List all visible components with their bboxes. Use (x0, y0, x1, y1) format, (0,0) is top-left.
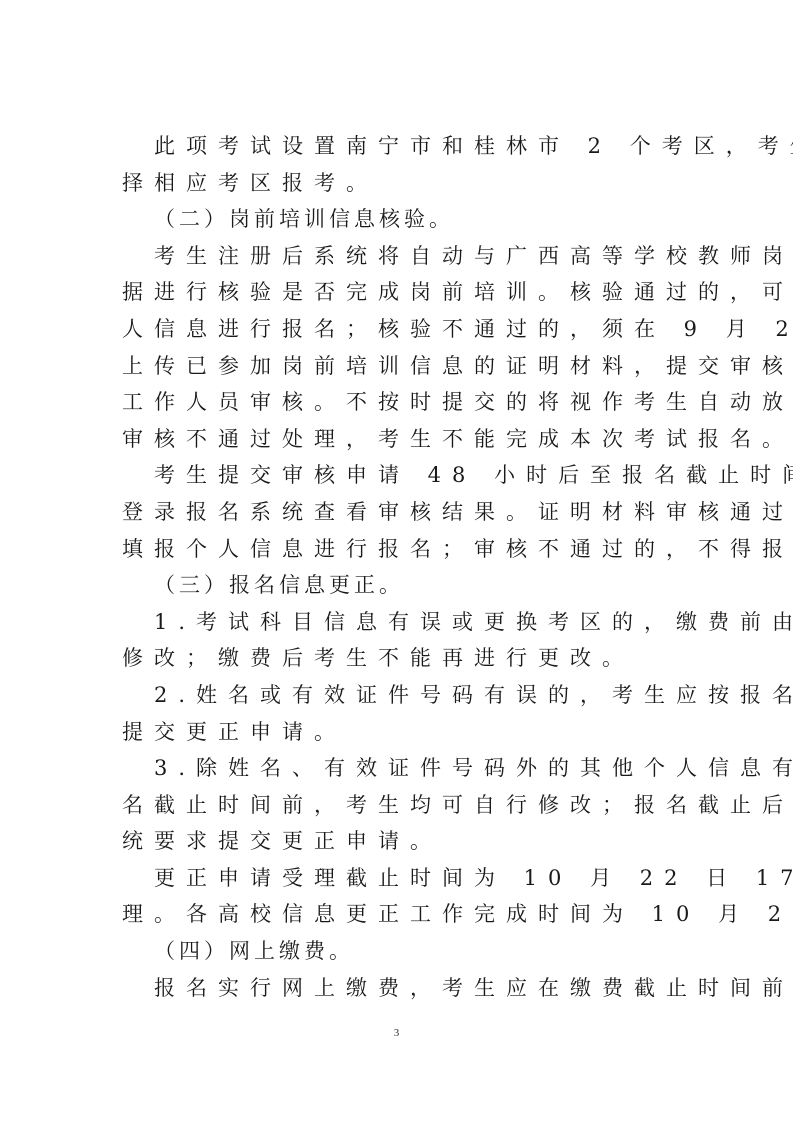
text-line: 择相应考区报考。 (122, 165, 674, 202)
text-line: 登录报名系统查看审核结果。证明材料审核通过的，应及时 (122, 494, 674, 531)
text-line: 修改；缴费后考生不能再进行更改。 (122, 640, 674, 677)
text-line: 1.考试科目信息有误或更换考区的，缴费前由考生自行 (122, 604, 674, 641)
text-line: 人信息进行报名；核验不通过的，须在 9 月 26 日 24:00 前 (122, 311, 674, 348)
text-line: 名截止时间前，考生均可自行修改；报名截止后，按报名系 (122, 787, 674, 824)
text-line: 审核不通过处理，考生不能完成本次考试报名。 (122, 421, 674, 458)
text-line: 填报个人信息进行报名；审核不通过的，不得报名。 (122, 531, 674, 568)
section-heading: （二）岗前培训信息核验。 (122, 201, 674, 238)
text-line: 报名实行网上缴费，考生应在缴费截止时间前登录报名 (122, 970, 674, 1007)
text-line: 考生注册后系统将自动与广西高等学校教师岗前培训数 (122, 238, 674, 275)
document-page-body: 此项考试设置南宁市和桂林市 2 个考区，考生可自行选 择相应考区报考。 （二）岗… (122, 128, 674, 1006)
page-number: 3 (0, 1027, 793, 1039)
text-line: 上传已参加岗前培训信息的证明材料，提交审核申请，等待 (122, 348, 674, 385)
section-heading: （四）网上缴费。 (122, 933, 674, 970)
text-line: 理。各高校信息更正工作完成时间为 10 月 23 日 17:00。 (122, 896, 674, 933)
text-line: 提交更正申请。 (122, 714, 674, 751)
text-line: 统要求提交更正申请。 (122, 823, 674, 860)
text-line: 考生提交审核申请 48 小时后至报名截止时间前，应及时 (122, 457, 674, 494)
section-heading: （三）报名信息更正。 (122, 567, 674, 604)
text-line: 此项考试设置南宁市和桂林市 2 个考区，考生可自行选 (122, 128, 674, 165)
text-line: 3.除姓名、有效证件号码外的其他个人信息有误的，报 (122, 750, 674, 787)
text-line: 2.姓名或有效证件号码有误的，考生应按报名系统要求 (122, 677, 674, 714)
text-line: 更正申请受理截止时间为 10 月 22 日 17:00，过后不予受 (122, 860, 674, 897)
text-line: 工作人员审核。不按时提交的将视作考生自动放弃报名，按 (122, 384, 674, 421)
text-line: 据进行核验是否完成岗前培训。核验通过的，可继续填报个 (122, 274, 674, 311)
